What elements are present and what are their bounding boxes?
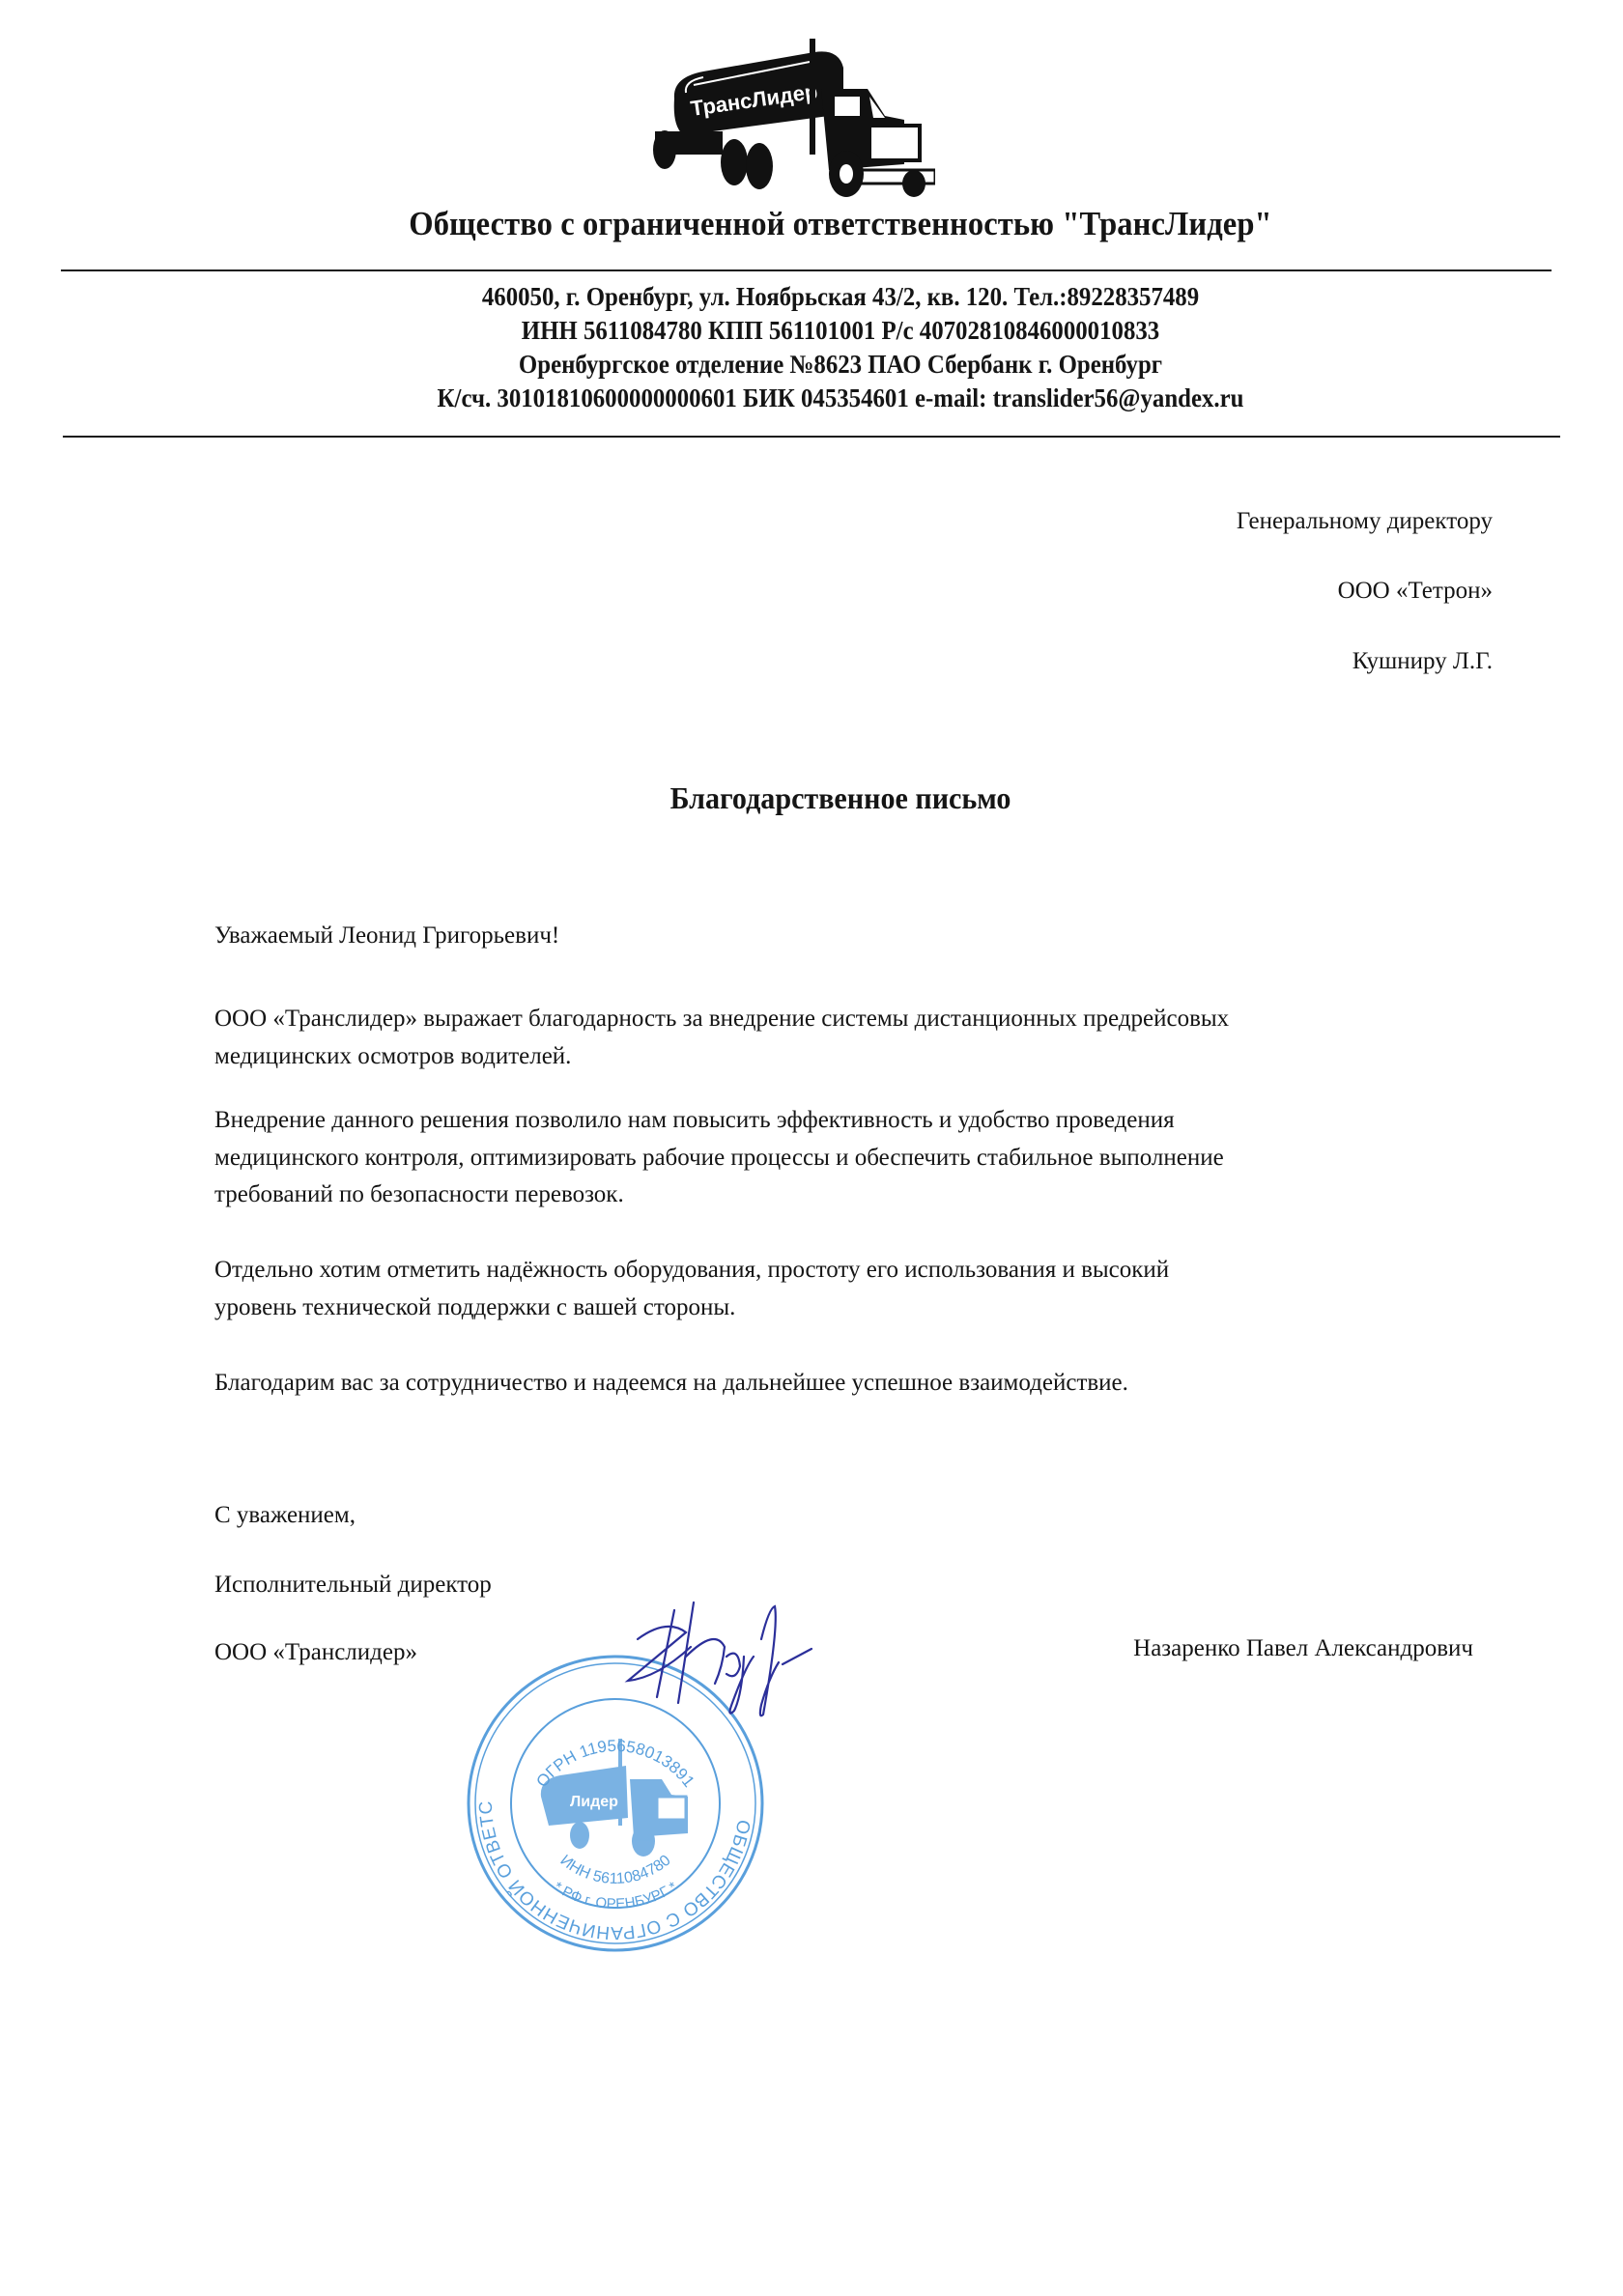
svg-text:Лидер: Лидер [570,1794,618,1810]
company-requisites: 460050, г. Оренбург, ул. Ноябрьская 43/2… [68,280,1614,415]
truck-icon: ТрансЛидер [645,39,935,198]
paragraph-line: требований по безопасности перевозок. [214,1176,1499,1214]
requisites-address-line: 460050, г. Оренбург, ул. Ноябрьская 43/2… [68,280,1614,314]
paragraph-line: медицинских осмотров водителей. [214,1038,1499,1076]
addressee-organization: ООО «Тетрон» [1338,577,1493,606]
paragraph-4: Благодарим вас за сотрудничество и надее… [214,1365,1499,1403]
paragraph-line: Отдельно хотим отметить надёжность обору… [214,1252,1499,1290]
paragraph-3: Отдельно хотим отметить надёжность обору… [214,1252,1499,1326]
salutation: Уважаемый Леонид Григорьевич! [214,918,1499,955]
requisites-inn-line: ИНН 5611084780 КПП 561101001 Р/с 4070281… [68,314,1614,348]
handwritten-signature [618,1589,840,1724]
paragraph-line: Благодарим вас за сотрудничество и надее… [214,1365,1499,1403]
paragraph-1: ООО «Транслидер» выражает благодарность … [214,1001,1499,1075]
company-full-name: Общество с ограниченной ответственностью… [59,205,1622,243]
document-title: Благодарственное письмо [50,780,1623,816]
paragraph-2: Внедрение данного решения позволило нам … [214,1102,1499,1214]
signature-icon [618,1589,840,1724]
addressee-position: Генеральному директору [1237,507,1493,536]
signer-name: Назаренко Павел Александрович [1133,1634,1473,1663]
paragraph-line: ООО «Транслидер» выражает благодарность … [214,1001,1499,1038]
paragraph-line: уровень технической поддержки с вашей ст… [214,1290,1499,1327]
requisites-account-email-line: К/сч. 30101810600000000601 БИК 045354601… [68,382,1614,415]
signer-position: Исполнительный директор [214,1567,1499,1604]
addressee-name: Кушниру Л.Г. [1352,647,1493,676]
requisites-bank-line: Оренбургское отделение №8623 ПАО Сбербан… [68,348,1614,382]
header-divider-top [61,269,1552,271]
paragraph-line: Внедрение данного решения позволило нам … [214,1102,1499,1140]
paragraph-line: медицинского контроля, оптимизировать ра… [214,1140,1499,1177]
header-divider-bottom [63,436,1560,438]
svg-text:ИНН 5611084780: ИНН 5611084780 [556,1852,673,1887]
company-logo-truck: ТрансЛидер [645,39,935,198]
closing-regards: С уважением, [214,1497,1499,1535]
